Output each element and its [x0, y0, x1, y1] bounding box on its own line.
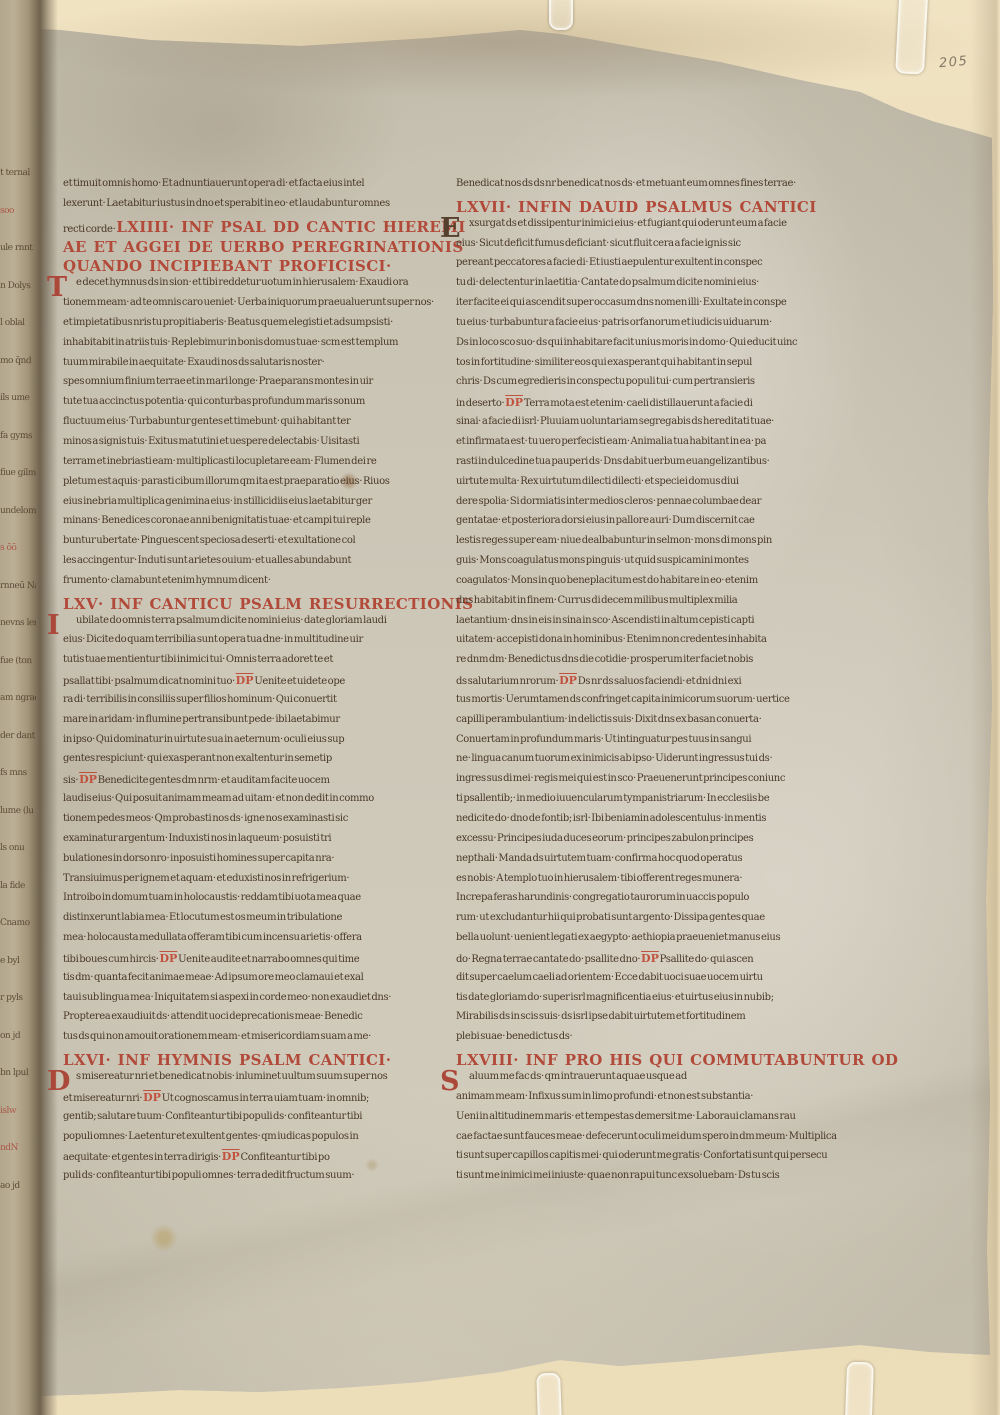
rubric-text: LXVII· INFIN DAUID PSALMUS CANTICI [456, 198, 817, 216]
edge-text-fragment: on jd [0, 1030, 36, 1040]
page-clamp-bottom-right [845, 1362, 874, 1415]
text-line: animam meam· Infixus sum in limo profund… [456, 1091, 810, 1111]
text-line: et impietatibus nris tu propitiaberis· B… [63, 317, 410, 337]
body-text: et misereatur nri· [63, 1093, 143, 1104]
text-line: puli ds· confiteantur tibi populi omnes·… [63, 1170, 410, 1190]
text-line: bella uolunt· uenient legati ex aegypto·… [456, 932, 810, 952]
edge-text-fragment: ule rnnt [0, 243, 36, 253]
text-line: Te decet hymnus ds in sion· et tibi redd… [63, 277, 410, 297]
text-line: tu eius· turbabuntur a facie eius· patri… [456, 317, 810, 337]
body-text: lexerunt· Laetabitur iustus in dno et sp… [63, 198, 390, 209]
text-line: Benedicat nos ds ds nr benedicat nos ds·… [456, 178, 810, 198]
text-line: iter facite ei qui ascendit super occasu… [456, 297, 810, 317]
text-line: frumento· clamabunt etenim hymnum dicent… [63, 575, 410, 595]
body-text: pereant peccatores a facie di· Et iusti … [456, 257, 762, 268]
body-text: ti psallentib;· in medio iuuencularum ty… [456, 793, 769, 804]
text-line: Ds misereatur nri et benedicat nobis· in… [63, 1071, 410, 1091]
text-line: psallat tibi· psalmum dicat nomini tuo· … [63, 674, 410, 694]
text-line: Increpa feras harundinis· congregatio ta… [456, 892, 810, 912]
text-line: Ueni in altitudinem maris· et tempestas … [456, 1111, 810, 1131]
body-text: ingres sus di mei· regis mei qui est in … [456, 773, 785, 784]
body-text: es nobis· A templo tuo in hierusalem· ti… [456, 873, 742, 884]
body-text: les accingentur· Induti sunt arietes oui… [63, 555, 351, 566]
text-line: minos a signis tuis· Exitus matutini et … [63, 436, 410, 456]
body-text: pletum est aquis· parasti cibum illorum … [63, 476, 390, 487]
body-text: nedicite do· dno de fontib; isrl· Ibi be… [456, 813, 766, 824]
body-text: ti sunt me inimici mei iniuste· quae non… [456, 1170, 779, 1181]
edge-text-fragment: am ngrae [0, 693, 36, 703]
text-line: tos in fortitudine· similiter eos qui ex… [456, 357, 810, 377]
body-text: tis date gloriam do· super isrl magnific… [456, 992, 774, 1003]
body-text: Uenite audite et narrabo omnes qui time [177, 954, 359, 965]
text-line: ti sunt me inimici mei iniuste· quae non… [456, 1170, 810, 1190]
diapsalma-mark: DP [505, 396, 523, 409]
body-text: rum· ut excludantur hii qui probati sunt… [456, 912, 765, 923]
edge-text-fragment: bn lpul [0, 1068, 36, 1078]
diapsalma-mark: DP [222, 1150, 240, 1163]
body-text: minos a signis tuis· Exitus matutini et … [63, 436, 359, 447]
body-text: animam meam· Infixus sum in limo profund… [456, 1091, 753, 1102]
text-line: laetantium· dns in eis in sina in sco· A… [456, 615, 810, 635]
text-line: ra di· terribilis in consiliis super fil… [63, 694, 410, 714]
text-line: do· Regna terrae cantate do· psallite dn… [456, 952, 810, 972]
body-text: taui sub lingua mea· Iniquitatem si aspe… [63, 992, 391, 1003]
body-text: Introibo in domum tuam in holocaustis· r… [63, 892, 361, 903]
body-text: Conuertam in profundum maris· Ut intingu… [456, 734, 751, 745]
page-clamp-top-right [895, 0, 928, 75]
diapsalma-mark: DP [143, 1091, 161, 1104]
body-text: populi omnes· Laetentur et exultent gent… [63, 1131, 358, 1142]
body-text: tibi boues cum hircis· [63, 954, 159, 965]
body-text: Mirabilis ds in scis suis· ds isrl ipse … [456, 1011, 745, 1022]
text-line: gentib; salutare tuum· Confiteantur tibi… [63, 1111, 410, 1131]
body-text: puli ds· confiteantur tibi populi omnes·… [63, 1170, 354, 1181]
text-line: et misereatur nri· DP Ut cognoscamus in … [63, 1091, 410, 1111]
text-line: dit super caelum caeli ad orientem· Ecce… [456, 972, 810, 992]
diapsalma-mark: DP [236, 674, 254, 687]
text-line: sis· DP Benedicite gentes dm nrm· et aud… [63, 773, 410, 793]
text-line: es nobis· A templo tuo in hierusalem· ti… [456, 873, 810, 893]
text-line: ne· lingua canum tuorum ex inimicis ab i… [456, 753, 810, 773]
text-line: ds salutarium nrorum· DP Ds nr ds saluos… [456, 674, 810, 694]
rubric-text: LXIIII· INF PSAL DD CANTIC HIEREMI [116, 218, 465, 236]
text-line: capilli perambulantium· in delictis suis… [456, 714, 810, 734]
text-line: recti corde· LXIIII· INF PSAL DD CANTIC … [63, 218, 410, 238]
body-text: dns habitabit in finem· Currus di decem … [456, 595, 737, 606]
body-text: tos in fortitudine· similiter eos qui ex… [456, 357, 752, 368]
manuscript-photo: t ternalsooule rnntn Dolysl oblalmo q̄nd… [0, 0, 1000, 1415]
edge-text-fragment: la fide [0, 880, 36, 890]
text-line: buntur ubertate· Pinguescent speciosa de… [63, 535, 410, 555]
edge-text-fragment: lume (lu [0, 805, 36, 815]
body-text: tus mortis· Uerumtamen ds confringet cap… [456, 694, 790, 705]
body-text: Transiuimus per ignem et aquam· et eduxi… [63, 873, 349, 884]
body-text: tute tua accinctus potentia· qui conturb… [63, 396, 365, 407]
page-clamp-top-left [549, 0, 573, 30]
text-line: tionem pedes meos· Qm probasti nos ds· i… [63, 813, 410, 833]
body-text: fluctuum eius· Turbabuntur gentes et tim… [63, 416, 350, 427]
body-text: gentes respiciunt· qui exasperant non ex… [63, 753, 332, 764]
text-line: rasti in dulcedine tua pauperi ds· Dns d… [456, 456, 810, 476]
text-line: fluctuum eius· Turbabuntur gentes et tim… [63, 416, 410, 436]
text-line: Iubilate do omnis terra psalmum dicite n… [63, 615, 410, 635]
text-line: nepthali· Manda ds uirtutem tuam· confir… [456, 853, 810, 873]
text-line: et timuit omnis homo· Et adnuntiauerunt … [63, 178, 410, 198]
text-line: tu di· delectentur in laetitia· Cantate … [456, 277, 810, 297]
text-line: QUANDO INCIPIEBANT PROFICISCI· [63, 257, 410, 277]
body-text: et timuit omnis homo· Et adnuntiauerunt … [63, 178, 364, 189]
text-line: eius inebria multiplica genimina eius· i… [63, 496, 410, 516]
body-text: laudis eius· Qui posuit animam meam ad u… [63, 793, 374, 804]
text-line: ti sunt super capillos capitis mei· qui … [456, 1150, 810, 1170]
rubric-text: LXV· INF CANTICU PSALM RESURRECTIONIS [63, 595, 473, 613]
text-line: cae factae sunt fauces meae· defecerunt … [456, 1131, 810, 1151]
body-text: sis· [63, 775, 79, 786]
text-line: Introibo in domum tuam in holocaustis· r… [63, 892, 410, 912]
edge-text-fragment: mo q̄nd [0, 355, 36, 365]
body-text: gentib; salutare tuum· Confiteantur tibi… [63, 1111, 362, 1122]
body-text: dit super caelum caeli ad orientem· Ecce… [456, 972, 763, 983]
body-text: ne· lingua canum tuorum ex inimicis ab i… [456, 753, 772, 764]
text-line: gentatae· et posteriora dorsi eius in pa… [456, 515, 810, 535]
text-line: tus mortis· Uerumtamen ds confringet cap… [456, 694, 810, 714]
text-line: lexerunt· Laetabitur iustus in dno et sp… [63, 198, 410, 218]
body-text: in ipso· Qui dominatur in uirtute sua in… [63, 734, 344, 745]
text-line: Saluum me fac ds· qm intrauerunt aquae u… [456, 1071, 810, 1091]
body-text: tuum mirabile in aequitate· Exaudi nos d… [63, 357, 324, 368]
body-text: recti corde· [63, 224, 116, 235]
text-line: populi omnes· Laetentur et exultent gent… [63, 1131, 410, 1151]
body-text: Benedicat nos ds ds nr benedicat nos ds·… [456, 178, 796, 189]
edge-text-fragment: fa gyms [0, 430, 36, 440]
body-text: eius inebria multiplica genimina eius· i… [63, 496, 372, 507]
text-line: ti psallentib;· in medio iuuencularum ty… [456, 793, 810, 813]
body-text: et infirmata est· tu uero perfecisti eam… [456, 436, 766, 447]
text-line: uirtute multa· Rex uirtutum dilecti dile… [456, 476, 810, 496]
text-line: dere spolia· Si dormiatis inter medios c… [456, 496, 810, 516]
text-line: les accingentur· Induti sunt arietes oui… [63, 555, 410, 575]
edge-text-fragment: Cnamo [0, 918, 36, 928]
text-line: rum· ut excludantur hii qui probati sunt… [456, 912, 810, 932]
text-line: in deserto· DP Terra mota est etenim· ca… [456, 396, 810, 416]
text-line: in ipso· Qui dominatur in uirtute sua in… [63, 734, 410, 754]
body-text: terram et inebriasti eam· multiplicasti … [63, 456, 376, 467]
text-line: sinai· a facie di isrl· Pluuiam uoluntar… [456, 416, 810, 436]
edge-text-fragment: rnneū Na [0, 580, 36, 590]
text-line: excessu· Principes iuda duces eorum· pri… [456, 833, 810, 853]
text-line: tutis tuae mentientur tibi inimici tui· … [63, 654, 410, 674]
edge-text-fragment: der dant [0, 730, 36, 740]
body-text: iter facite ei qui ascendit super occasu… [456, 297, 787, 308]
edge-text-fragment: r pyls [0, 993, 36, 1003]
text-line: taui sub lingua mea· Iniquitatem si aspe… [63, 992, 410, 1012]
text-line: spes omnium finium terrae et in mari lon… [63, 376, 410, 396]
body-text: Ut cognoscamus in terra uiam tuam· in om… [161, 1093, 369, 1104]
edge-text-fragment: nevns ler [0, 618, 36, 628]
text-line: inhabitabit in atriis tuis· Replebimur i… [63, 337, 410, 357]
edge-text-fragment: e byl [0, 955, 36, 965]
text-line: pletum est aquis· parasti cibum illorum … [63, 476, 410, 496]
body-text: gentatae· et posteriora dorsi eius in pa… [456, 515, 755, 526]
body-text: examinatur argentum· Induxisti nos in la… [63, 833, 331, 844]
body-text: frumento· clamabunt etenim hymnum dicent… [63, 575, 271, 586]
body-text: spes omnium finium terrae et in mari lon… [63, 376, 373, 387]
text-line: tus ds qui non amouit orationem meam· et… [63, 1031, 410, 1051]
body-text: do· Regna terrae cantate do· psallite dn… [456, 954, 641, 965]
body-text: distinxerunt labia mea· Et locutum est o… [63, 912, 342, 923]
text-line: pereant peccatores a facie di· Et iusti … [456, 257, 810, 277]
body-text: coagulatos· Mons in quo beneplacitum est… [456, 575, 758, 586]
text-line: Transiuimus per ignem et aquam· et eduxi… [63, 873, 410, 893]
edge-text-fragment: soo [0, 205, 36, 215]
body-text: capilli perambulantium· in delictis suis… [456, 714, 761, 725]
body-text: tutis tuae mentientur tibi inimici tui· … [63, 654, 333, 665]
text-line: bulationes in dorso nro· inposuisti homi… [63, 853, 410, 873]
body-text: aequitate· et gentes in terra dirigis· [63, 1152, 222, 1163]
rubric-text: LXVI· INF HYMNIS PSALM CANTICI· [63, 1051, 391, 1069]
body-text: e decet hymnus ds in sion· et tibi redde… [76, 277, 408, 288]
text-line: Conuertam in profundum maris· Ut intingu… [456, 734, 810, 754]
body-text: dere spolia· Si dormiatis inter medios c… [456, 496, 761, 507]
text-line: gentes respiciunt· qui exasperant non ex… [63, 753, 410, 773]
body-text: tu eius· turbabuntur a facie eius· patri… [456, 317, 772, 328]
body-text: ubilate do omnis terra psalmum dicite no… [76, 615, 387, 626]
text-line: dns habitabit in finem· Currus di decem … [456, 595, 810, 615]
body-text: Propterea exaudiuit ds· attendit uoci de… [63, 1011, 362, 1022]
body-text: nepthali· Manda ds uirtutem tuam· confir… [456, 853, 742, 864]
body-text: ds salutarium nrorum· [456, 676, 559, 687]
body-text: lestis reges super eam· niue dealbabuntu… [456, 535, 772, 546]
text-line: aequitate· et gentes in terra dirigis· D… [63, 1150, 410, 1170]
diapsalma-mark: DP [159, 952, 177, 965]
body-text: ti sunt super capillos capitis mei· qui … [456, 1150, 827, 1161]
text-line: tis dm· quanta fecit animae meae· Ad ips… [63, 972, 410, 992]
body-text: Ds in loco sco suo· ds qui inhabitare fa… [456, 337, 797, 348]
body-text: guis· Mons coagulatus mons pinguis· ut q… [456, 555, 749, 566]
body-text: plebi suae· benedictus ds· [456, 1031, 572, 1042]
text-line: Ds in loco sco suo· ds qui inhabitare fa… [456, 337, 810, 357]
body-text: uirtute multa· Rex uirtutum dilecti dile… [456, 476, 739, 487]
edge-text-fragment: ndN [0, 1143, 36, 1153]
text-line: coagulatos· Mons in quo beneplacitum est… [456, 575, 810, 595]
body-text: tus ds qui non amouit orationem meam· et… [63, 1031, 371, 1042]
text-line: guis· Mons coagulatus mons pinguis· ut q… [456, 555, 810, 575]
edge-text-fragment: ils ume [0, 393, 36, 403]
edge-text-fragment: t ternal [0, 168, 36, 178]
body-text: aluum me fac ds· qm intrauerunt aquae us… [469, 1071, 687, 1082]
body-text: eius· Dicite do quam terribilia sunt ope… [63, 634, 363, 645]
text-line: terram et inebriasti eam· multiplicasti … [63, 456, 410, 476]
body-text: Benedicite gentes dm nrm· et auditam fac… [97, 775, 330, 786]
body-text: bulationes in dorso nro· inposuisti homi… [63, 853, 334, 864]
text-column-left: et timuit omnis homo· Et adnuntiauerunt … [63, 178, 410, 1190]
body-text: Terra mota est etenim· caeli distillauer… [523, 398, 753, 409]
edge-text-fragment: ls onu [0, 843, 36, 853]
body-text: Confiteantur tibi po [240, 1152, 330, 1163]
body-text: Psallite do· qui ascen [659, 954, 753, 965]
body-text: xsurgat ds et dissipentur inimici eius· … [469, 218, 787, 229]
body-text: sinai· a facie di isrl· Pluuiam uoluntar… [456, 416, 774, 427]
diapsalma-mark: DP [559, 674, 577, 687]
body-text: re dnm dm· Benedictus dns die cotidie· p… [456, 654, 753, 665]
text-line: tionem meam· ad te omnis caro ueniet· Ue… [63, 297, 410, 317]
drop-cap-initial: I [47, 612, 60, 639]
text-line: tute tua accinctus potentia· qui conturb… [63, 396, 410, 416]
text-line: Mirabilis ds in scis suis· ds isrl ipse … [456, 1011, 810, 1031]
body-text: in deserto· [456, 398, 505, 409]
body-text: s misereatur nri et benedicat nobis· inl… [76, 1071, 387, 1082]
text-line: minans· Benedices coronae anni benignita… [63, 515, 410, 535]
body-text: Uenite et uidete ope [253, 676, 344, 687]
diapsalma-mark: DP [641, 952, 659, 965]
body-text: laetantium· dns in eis in sina in sco· A… [456, 615, 754, 626]
body-text: mea· holocausta medullata offeram tibi c… [63, 932, 362, 943]
body-text: cae factae sunt fauces meae· defecerunt … [456, 1131, 837, 1142]
folio-number: 205 [938, 54, 969, 71]
text-line: plebi suae· benedictus ds· [456, 1031, 810, 1051]
text-column-right: Benedicat nos ds ds nr benedicat nos ds·… [456, 178, 810, 1190]
diapsalma-mark: DP [79, 773, 97, 786]
body-text: buntur ubertate· Pinguescent speciosa de… [63, 535, 355, 546]
edge-text-fragment: ao jd [0, 1180, 36, 1190]
text-line: eius· Dicite do quam terribilia sunt ope… [63, 634, 410, 654]
text-line: tibi boues cum hircis· DP Uenite audite … [63, 952, 410, 972]
text-line: re dnm dm· Benedictus dns die cotidie· p… [456, 654, 810, 674]
text-line: laudis eius· Qui posuit animam meam ad u… [63, 793, 410, 813]
body-text: psallat tibi· psalmum dicat nomini tuo· [63, 676, 236, 687]
edge-text-fragment: fs mns [0, 768, 36, 778]
text-line: tuum mirabile in aequitate· Exaudi nos d… [63, 357, 410, 377]
edge-text-fragment: fiue gilm [0, 468, 36, 478]
body-text: rasti in dulcedine tua pauperi ds· Dns d… [456, 456, 770, 467]
text-line: LXVII· INFIN DAUID PSALMUS CANTICI [456, 198, 810, 218]
text-line: LXVI· INF HYMNIS PSALM CANTICI· [63, 1051, 410, 1071]
text-line: ingres sus di mei· regis mei qui est in … [456, 773, 810, 793]
text-line: LXVIII· INF PRO HIS QUI COMMUTABUNTUR OD [456, 1051, 810, 1071]
body-text: chris· Ds cum egredieris in conspectu po… [456, 376, 755, 387]
rubric-text: QUANDO INCIPIEBANT PROFICISCI· [63, 257, 392, 275]
text-line: distinxerunt labia mea· Et locutum est o… [63, 912, 410, 932]
text-line: chris· Ds cum egredieris in conspectu po… [456, 376, 810, 396]
text-line: tis date gloriam do· super isrl magnific… [456, 992, 810, 1012]
text-line: lestis reges super eam· niue dealbabuntu… [456, 535, 810, 555]
body-text: Ueni in altitudinem maris· et tempestas … [456, 1111, 796, 1122]
body-text: inhabitabit in atriis tuis· Replebimur i… [63, 337, 398, 348]
edge-text-fragment: s ōō [0, 543, 36, 553]
body-text: Ds nr ds saluos faciendi· et dni dni exi [577, 676, 741, 687]
body-text: excessu· Principes iuda duces eorum· pri… [456, 833, 753, 844]
body-text: mare in aridam· in flumine pertransibunt… [63, 714, 340, 725]
edge-text-fragment: islw [0, 1105, 36, 1115]
body-text: tu di· delectentur in laetitia· Cantate … [456, 277, 759, 288]
text-line: mare in aridam· in flumine pertransibunt… [63, 714, 410, 734]
rubric-text: AE ET AGGEI DE UERBO PEREGRINATIONIS [63, 238, 464, 256]
body-text: eius· Sicut deficit fumus deficiant· sic… [456, 238, 741, 249]
body-text: tis dm· quanta fecit animae meae· Ad ips… [63, 972, 363, 983]
text-line: LXV· INF CANTICU PSALM RESURRECTIONIS [63, 595, 410, 615]
text-line: uitatem· accepisti dona in hominibus· Et… [456, 634, 810, 654]
text-line: et infirmata est· tu uero perfecisti eam… [456, 436, 810, 456]
body-text: tionem pedes meos· Qm probasti nos ds· i… [63, 813, 348, 824]
text-line: eius· Sicut deficit fumus deficiant· sic… [456, 238, 810, 258]
edge-text-fragment: undelom [0, 505, 36, 515]
text-line: AE ET AGGEI DE UERBO PEREGRINATIONIS [63, 238, 410, 258]
text-line: nedicite do· dno de fontib; isrl· Ibi be… [456, 813, 810, 833]
edge-text-fragment: n Dolys [0, 280, 36, 290]
text-line: examinatur argentum· Induxisti nos in la… [63, 833, 410, 853]
body-text: minans· Benedices coronae anni benignita… [63, 515, 371, 526]
page-clamp-bottom-left [536, 1373, 562, 1415]
text-line: mea· holocausta medullata offeram tibi c… [63, 932, 410, 952]
body-text: tionem meam· ad te omnis caro ueniet· Ue… [63, 297, 434, 308]
text-line: Exsurgat ds et dissipentur inimici eius·… [456, 218, 810, 238]
body-text: uitatem· accepisti dona in hominibus· Et… [456, 634, 767, 645]
text-line: Propterea exaudiuit ds· attendit uoci de… [63, 1011, 410, 1031]
body-text: et impietatibus nris tu propitiaberis· B… [63, 317, 393, 328]
edge-text-fragment: l oblal [0, 318, 36, 328]
body-text: bella uolunt· uenient legati ex aegypto·… [456, 932, 780, 943]
rubric-text: LXVIII· INF PRO HIS QUI COMMUTABUNTUR OD [456, 1051, 898, 1069]
body-text: ra di· terribilis in consiliis super fil… [63, 694, 337, 705]
edge-text-fragment: fue (ton [0, 655, 36, 665]
body-text: Increpa feras harundinis· congregatio ta… [456, 892, 749, 903]
